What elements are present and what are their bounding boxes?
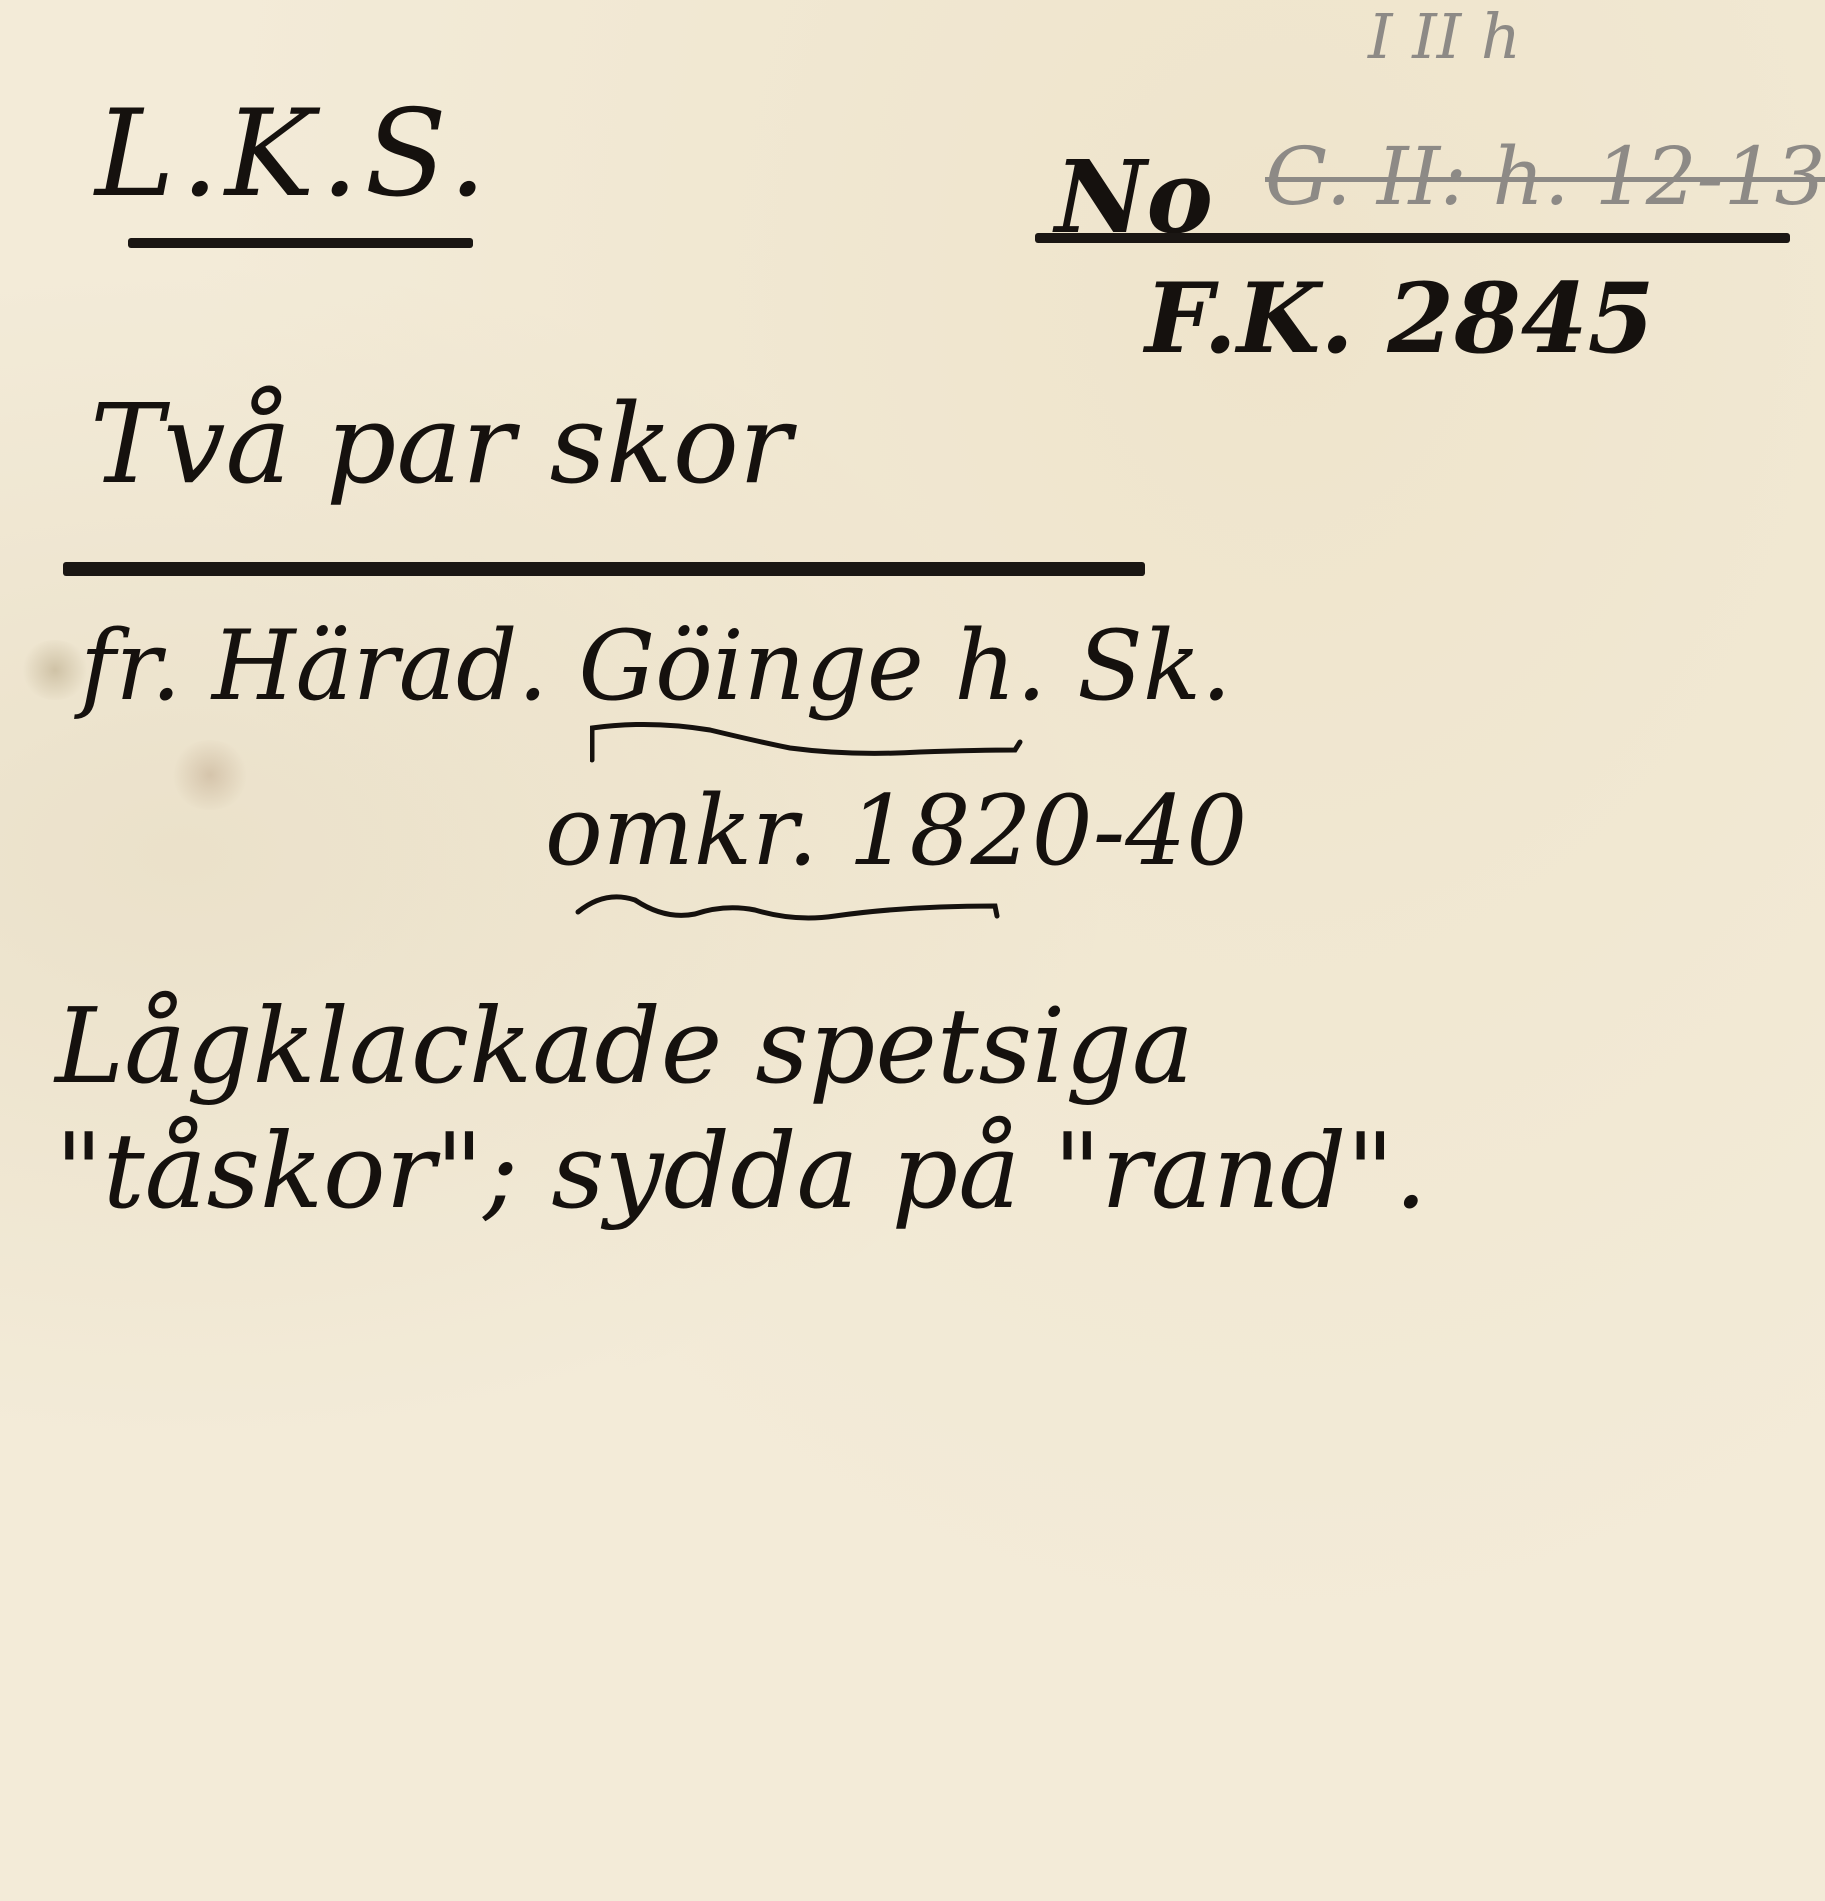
- archive-code: L.K.S.: [95, 85, 493, 224]
- wavy-underline-date: [575, 890, 1015, 930]
- paper-stain: [170, 740, 250, 810]
- number-underline: [1035, 233, 1790, 243]
- archive-code-underline: [128, 238, 473, 248]
- title-underline: [63, 562, 1145, 576]
- item-date: omkr. 1820-40: [545, 775, 1247, 887]
- fk-number: F.K. 2845: [1145, 262, 1654, 375]
- item-title: Två par skor: [90, 380, 792, 508]
- catalogue-card: L.K.S. I II h No G. II: h. 12-13 F.K. 28…: [0, 0, 1825, 1901]
- item-origin: fr. Härad. Göinge h. Sk.: [80, 610, 1232, 722]
- pencil-classification: I II h: [1368, 0, 1521, 73]
- paper-stain: [20, 640, 90, 700]
- description-line-1: Lågklackade spetsiga: [55, 985, 1194, 1107]
- old-number-struck-through: G. II: h. 12-13: [1265, 130, 1825, 223]
- wavy-underline-origin: [590, 720, 1030, 770]
- description-line-2: "tåskor"; sydda på "rand".: [55, 1110, 1427, 1232]
